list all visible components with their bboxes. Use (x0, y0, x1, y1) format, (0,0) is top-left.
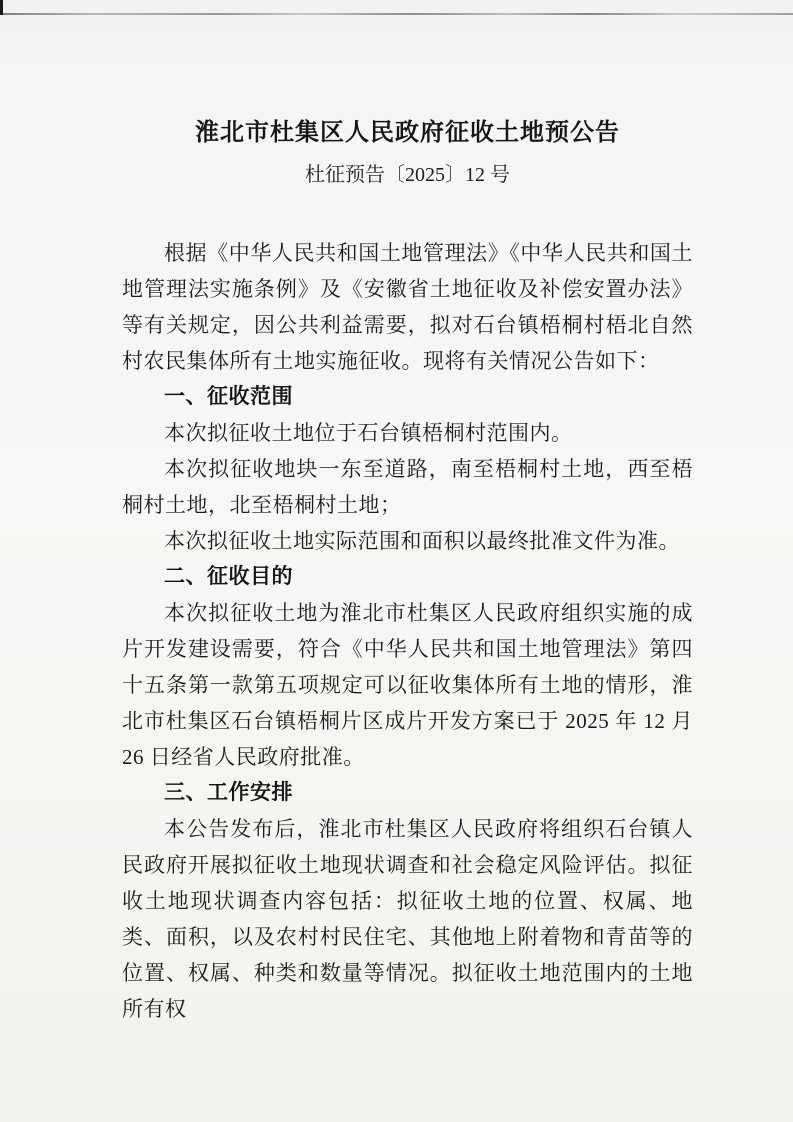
section-3-paragraph-1: 本公告发布后，淮北市杜集区人民政府将组织石台镇人民政府开展拟征收土地现状调查和社… (122, 811, 693, 1027)
document-title: 淮北市杜集区人民政府征收土地预公告 (122, 118, 693, 148)
scanned-page: 淮北市杜集区人民政府征收土地预公告 杜征预告〔2025〕12 号 根据《中华人民… (0, 0, 793, 1122)
section-2-heading: 二、征收目的 (122, 559, 693, 595)
section-1-paragraph-2: 本次拟征收地块一东至道路，南至梧桐村土地，西至梧桐村土地，北至梧桐村土地； (122, 451, 693, 523)
scan-edge-line (0, 13, 793, 15)
section-1-paragraph-1: 本次拟征收土地位于石台镇梧桐村范围内。 (122, 415, 693, 451)
section-1-heading: 一、征收范围 (122, 379, 693, 415)
section-3-heading: 三、工作安排 (122, 775, 693, 811)
section-2-paragraph-1: 本次拟征收土地为淮北市杜集区人民政府组织实施的成片开发建设需要，符合《中华人民共… (122, 595, 693, 775)
section-1-paragraph-3: 本次拟征收土地实际范围和面积以最终批准文件为准。 (122, 523, 693, 559)
intro-paragraph: 根据《中华人民共和国土地管理法》《中华人民共和国土地管理法实施条例》及《安徽省土… (122, 235, 693, 379)
document-body: 根据《中华人民共和国土地管理法》《中华人民共和国土地管理法实施条例》及《安徽省土… (122, 235, 693, 1027)
scan-corner-mark (0, 0, 3, 15)
document-number: 杜征预告〔2025〕12 号 (122, 162, 693, 188)
notice-document: 淮北市杜集区人民政府征收土地预公告 杜征预告〔2025〕12 号 根据《中华人民… (122, 118, 693, 1027)
